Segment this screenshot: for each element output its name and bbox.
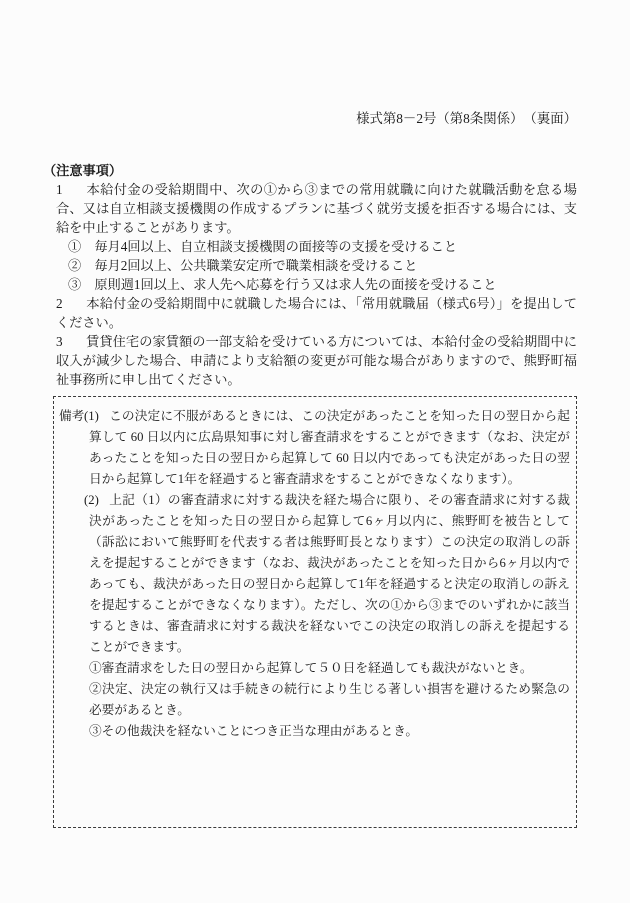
note-item: 3賃貸住宅の家賃額の一部支給を受けている方については、本給付金の受給期間中に収入… [43, 332, 577, 389]
note-item: 2本給付金の受給期間中に就職した場合には、「常用就職届（様式6号）」を提出してく… [43, 294, 577, 332]
note-item-2-text: 本給付金の受給期間中に就職した場合には、「常用就職届（様式6号）」を提出してくだ… [56, 296, 577, 330]
notes-heading: （注意事項） [43, 161, 577, 180]
document-page: 様式第8－2号（第8条関係） （裏面） （注意事項） 1本給付金の受給期間中、次… [0, 0, 630, 903]
note-item-2-paragraph: 2本給付金の受給期間中に就職した場合には、「常用就職届（様式6号）」を提出してく… [43, 294, 577, 332]
remark-item-1-text: この決定に不服があるときには、この決定があったことを知った日の翌日から起算して … [89, 409, 570, 486]
remarks-label: 備考 [59, 406, 84, 427]
remark-item-2-paragraph: (2)上記（1）の審査請求に対する裁決を経た場合に限り、その審査請求に対する裁決… [54, 490, 570, 658]
note-item-1-subitem-3: ③ 原則週1回以上、求人先へ応募を行う又は求人先の面接を受けること [43, 275, 577, 294]
remark-item-2-subitem-2: ②決定、決定の執行又は手続きの続行により生じる著しい損害を避けるため緊急の必要が… [54, 679, 570, 721]
remark-item-1-paragraph: (1)この決定に不服があるときには、この決定があったことを知った日の翌日から起算… [54, 406, 570, 490]
note-item-1-paragraph: 1本給付金の受給期間中、次の①から③までの常用就職に向けた就職活動を怠る場合、又… [43, 180, 577, 237]
note-item-1-subitem-1: ① 毎月4回以上、自立相談支援機関の面接等の支援を受けること [43, 237, 577, 256]
note-item-1-text: 本給付金の受給期間中、次の①から③までの常用就職に向けた就職活動を怠る場合、又は… [56, 182, 577, 235]
note-item-1-subitem-2: ② 毎月2回以上、公共職業安定所で職業相談を受けること [43, 256, 577, 275]
remark-item-1-number: (1) [84, 406, 109, 427]
remarks-box: 備考 (1)この決定に不服があるときには、この決定があったことを知った日の翌日か… [53, 396, 577, 828]
remark-item-2-text: 上記（1）の審査請求に対する裁決を経た場合に限り、その審査請求に対する裁決があっ… [89, 493, 570, 654]
note-item-3-paragraph: 3賃貸住宅の家賃額の一部支給を受けている方については、本給付金の受給期間中に収入… [43, 332, 577, 389]
note-item-1-number: 1 [56, 180, 86, 199]
note-item-3-number: 3 [56, 332, 86, 351]
notes-section: （注意事項） 1本給付金の受給期間中、次の①から③までの常用就職に向けた就職活動… [43, 161, 577, 389]
form-number-header: 様式第8－2号（第8条関係） （裏面） [0, 110, 577, 127]
remark-item-2-number: (2) [84, 490, 109, 511]
remark-item-2-subitem-1: ①審査請求をした日の翌日から起算して５０日を経過しても裁決がないとき。 [54, 658, 570, 679]
remarks-content: 備考 (1)この決定に不服があるときには、この決定があったことを知った日の翌日か… [54, 397, 576, 742]
note-item: 1本給付金の受給期間中、次の①から③までの常用就職に向けた就職活動を怠る場合、又… [43, 180, 577, 294]
remark-item-2-subitem-3: ③その他裁決を経ないことにつき正当な理由があるとき。 [54, 721, 570, 742]
note-item-2-number: 2 [56, 294, 86, 313]
note-item-3-text: 賃貸住宅の家賃額の一部支給を受けている方については、本給付金の受給期間中に収入が… [56, 334, 577, 387]
